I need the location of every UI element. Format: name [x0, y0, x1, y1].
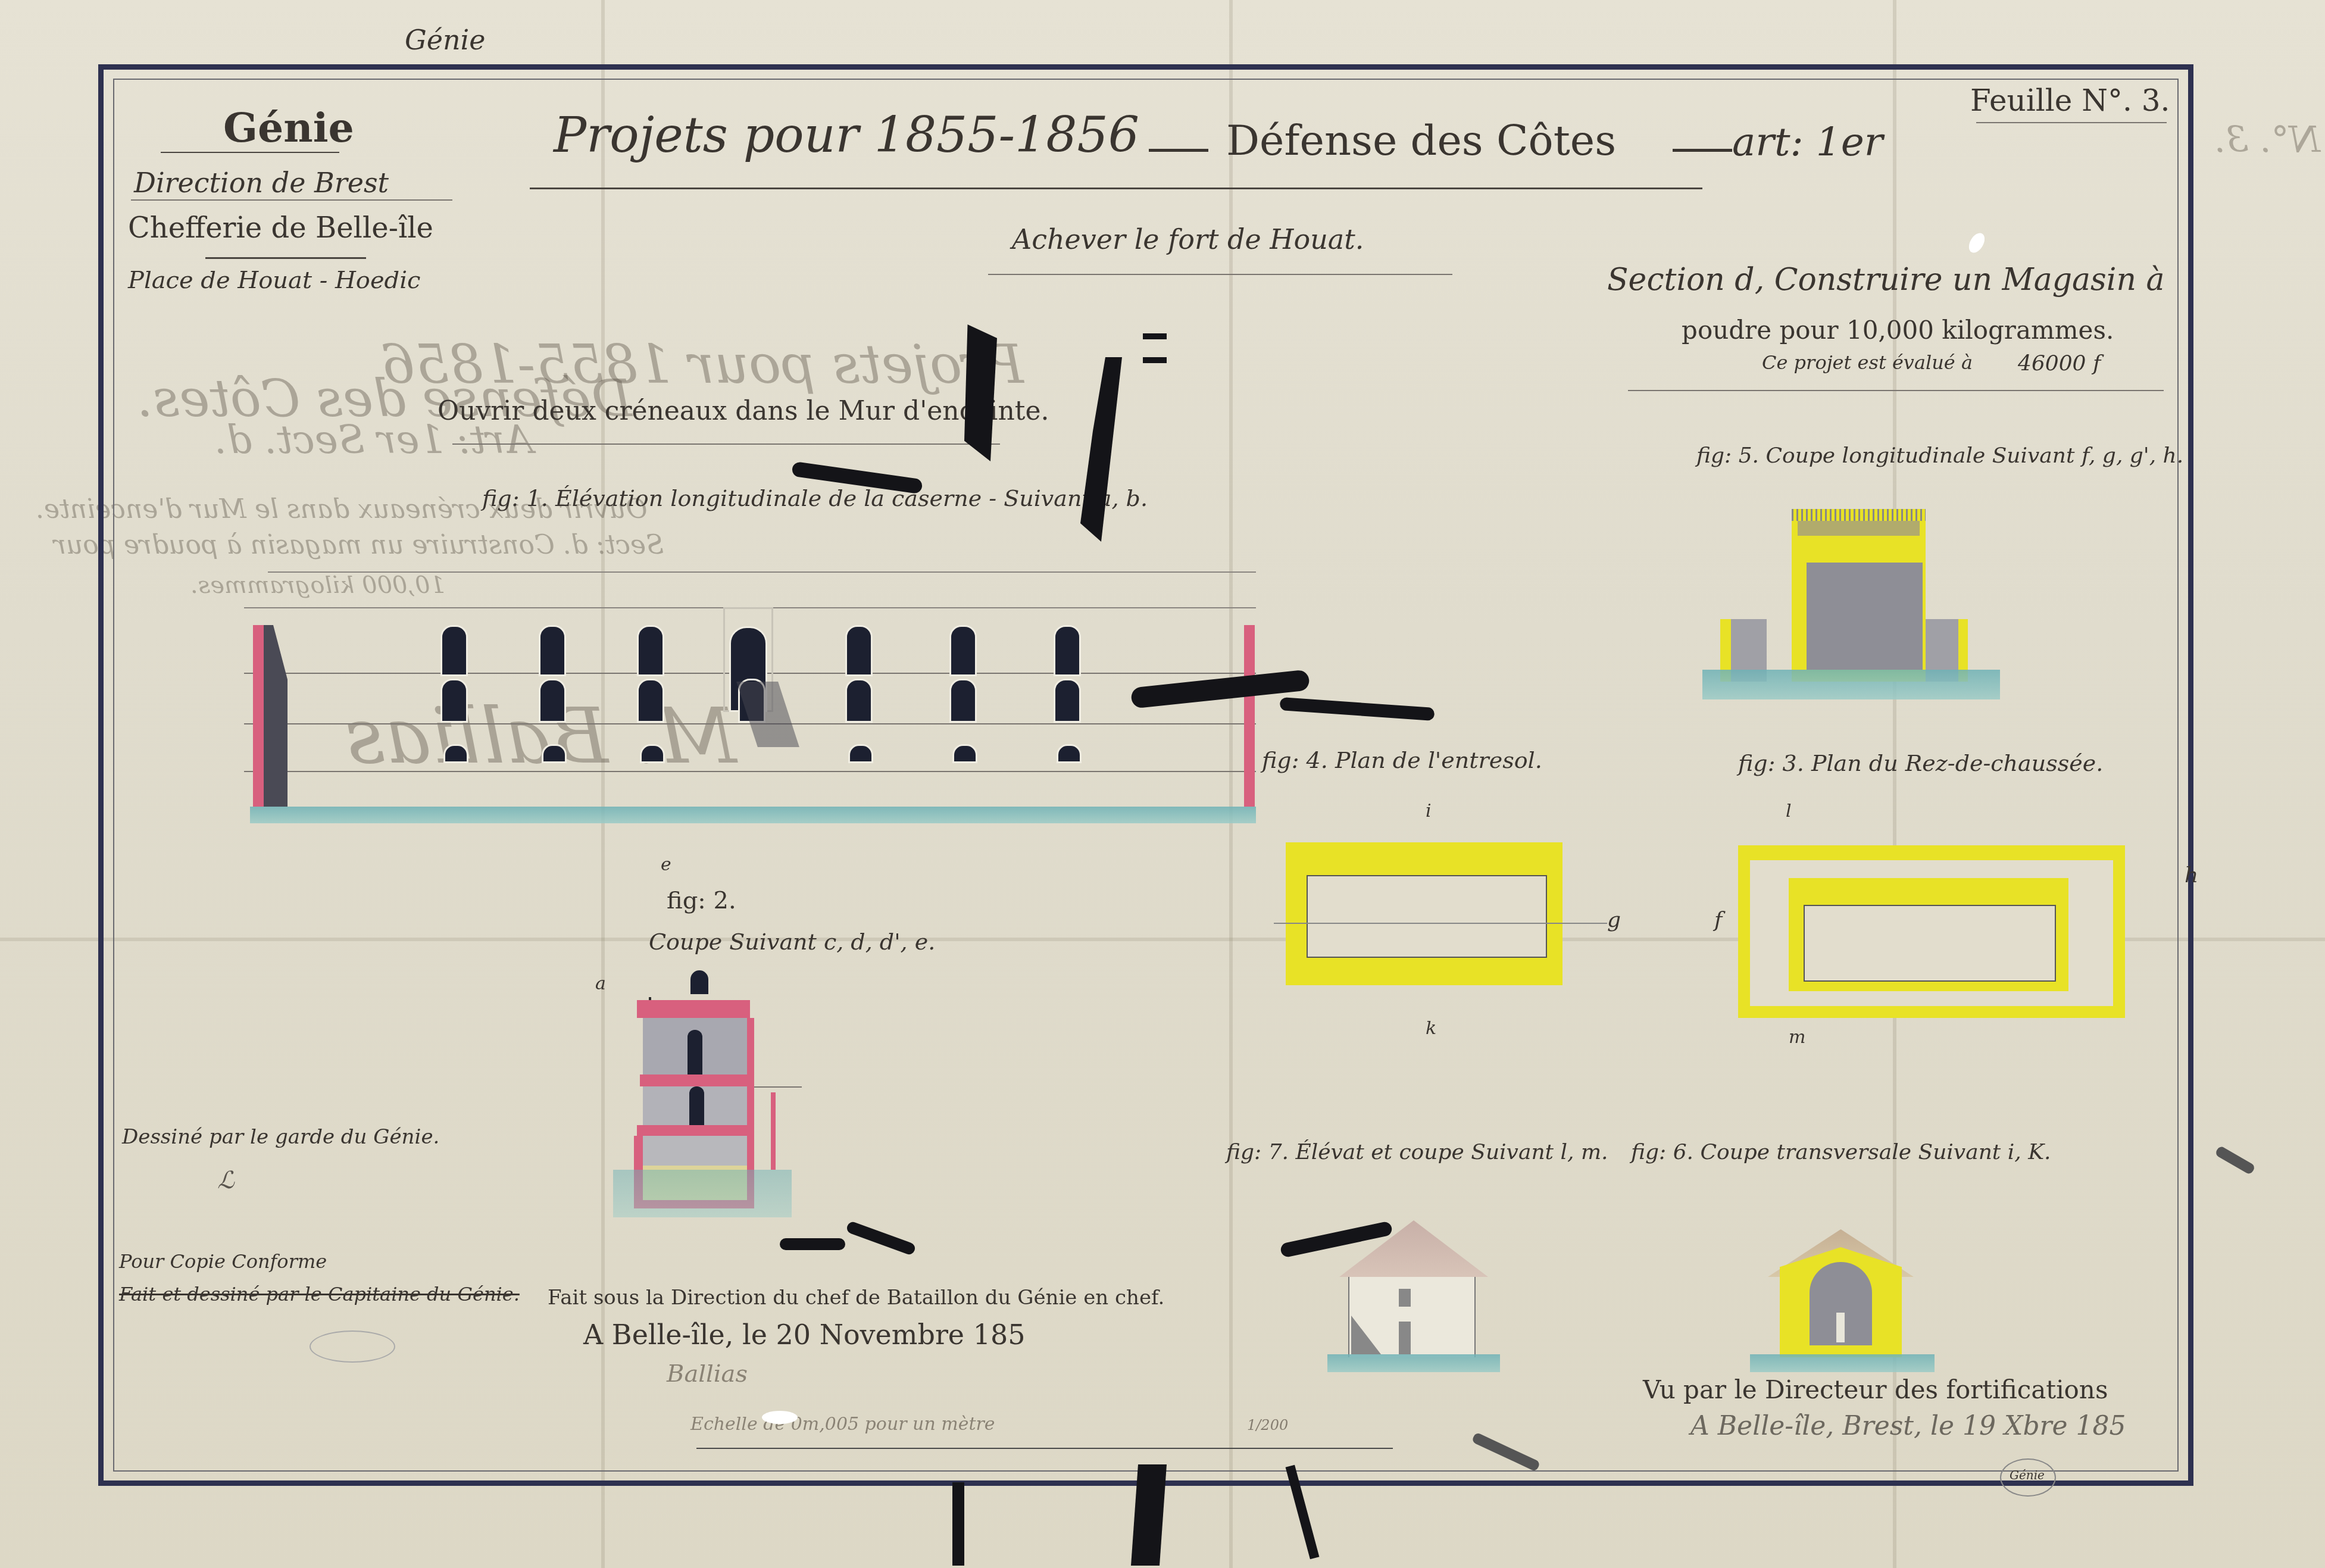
letter-f: f	[1714, 908, 1722, 932]
fig6-section-drawing	[1744, 1229, 1940, 1372]
section-d-line2: poudre pour 10,000 kilogrammes.	[1682, 316, 2114, 345]
divider	[452, 443, 1000, 445]
letter-h: h	[2185, 863, 2198, 888]
fig2-caption: Coupe Suivant c, d, d', e.	[649, 929, 935, 955]
end-wall-right	[1244, 625, 1255, 807]
ink-damage-blot	[1143, 357, 1167, 363]
garde-signature: ℒ	[217, 1167, 235, 1194]
window	[539, 625, 566, 676]
title-article: art: 1er	[1732, 119, 1883, 165]
sheet-number: Feuille N°. 3.	[1970, 83, 2170, 118]
window	[539, 679, 566, 723]
end-wall-left	[253, 625, 264, 807]
capitaine-stamp	[310, 1330, 395, 1363]
window	[440, 625, 468, 676]
dash	[1673, 149, 1732, 152]
glare-spot	[762, 1411, 798, 1424]
window	[1054, 625, 1081, 676]
stamp-text: Génie	[2010, 1468, 2045, 1482]
vent	[443, 744, 468, 763]
end-wall-shadow	[264, 625, 287, 807]
divider	[988, 274, 1452, 275]
ouvrir-heading: Ouvrir deux créneaux dans le Mur d'encei…	[437, 396, 1049, 426]
direction-note: Fait sous la Direction du chef de Batail…	[548, 1286, 1164, 1310]
floor-line	[244, 771, 1256, 772]
vu-par-note: Vu par le Directeur des fortifications	[1643, 1375, 2108, 1404]
fig5-section-drawing	[1685, 509, 2042, 699]
capitaine-note: Fait et dessiné par le Capitaine du Géni…	[119, 1283, 520, 1305]
chef-signature: Ballias	[667, 1360, 748, 1388]
title-defense: Défense des Côtes	[1226, 116, 1616, 165]
ink-damage-crack	[2214, 1145, 2256, 1176]
direction-label: Direction de Brest	[134, 167, 389, 199]
letter-i: i	[1426, 801, 1432, 822]
dash	[1149, 149, 1208, 152]
vent	[848, 744, 873, 763]
window	[949, 679, 977, 723]
fig2-section-drawing	[613, 964, 1030, 1244]
cornice-line	[268, 571, 1256, 573]
title-underline	[530, 188, 1702, 189]
roof-battens	[1792, 509, 1926, 521]
place-date: A Belle-île, le 20 Novembre 185	[583, 1319, 1026, 1351]
section-line	[1274, 923, 1607, 924]
scale-ratio: 1/200	[1247, 1417, 1288, 1433]
upper-door	[687, 1030, 702, 1075]
water-wash	[1702, 670, 2000, 699]
ink-damage-crack	[952, 1482, 964, 1566]
vent	[952, 744, 977, 763]
director-stamp: Génie	[2000, 1458, 2056, 1497]
water-wash	[613, 1170, 792, 1217]
fig3-caption: fig: 3. Plan du Rez-de-chaussée.	[1738, 750, 2103, 776]
terrace-line	[754, 1086, 802, 1088]
section-d-line1: Section d, Construire un Magasin à	[1607, 262, 2164, 298]
title-projects: Projets pour 1855-1856	[554, 107, 1139, 164]
achever-heading: Achever le fort de Houat.	[1012, 223, 1364, 255]
dessine-note: Dessiné par le garde du Génie.	[122, 1125, 439, 1149]
ink-damage-crack	[780, 1238, 845, 1250]
window	[637, 625, 664, 676]
fig3-plan-drawing	[1738, 845, 2125, 1018]
water-wash	[250, 807, 1256, 823]
fig1-elevation-drawing	[244, 571, 1256, 822]
vent	[640, 744, 665, 763]
scale-label: Echelle de 0m,005 pour un mètre	[690, 1414, 995, 1435]
water-wash	[1750, 1354, 1935, 1372]
scale-bar	[696, 1448, 1393, 1449]
fig7-caption: fig: 7. Élévat et coupe Suivant l, m.	[1226, 1140, 1608, 1164]
window	[1399, 1289, 1411, 1307]
door	[1836, 1313, 1845, 1342]
window	[949, 625, 977, 676]
letter-g: g	[1607, 908, 1621, 932]
vent	[1057, 744, 1082, 763]
letter-e: e	[661, 854, 671, 875]
fig5-caption: fig: 5. Coupe longitudinale Suivant f, g…	[1696, 443, 2183, 468]
floor-slab	[637, 1125, 753, 1136]
divider	[1976, 122, 2167, 123]
roof-door	[690, 970, 708, 994]
interior-room	[1307, 875, 1547, 958]
window	[845, 625, 873, 676]
window	[845, 679, 873, 723]
chefferie-label: Chefferie de Belle-île	[128, 211, 433, 245]
lower-room	[643, 1136, 747, 1166]
window	[637, 679, 664, 723]
fig2-number: fig: 2.	[667, 887, 736, 914]
estimate-value: 46000 f	[2018, 351, 2101, 376]
drawing-sheet: Projets pour 1855-1856 Défense des Côtes…	[0, 0, 2325, 1568]
window	[1054, 679, 1081, 723]
roof-tiles	[1798, 521, 1920, 536]
copie-note: Pour Copie Conforme	[119, 1250, 327, 1273]
divider	[161, 152, 339, 153]
bleedthrough-feuille: Feuille N°. 3.	[2214, 119, 2325, 161]
letter-k: k	[1426, 1018, 1436, 1039]
fig6-caption: fig: 6. Coupe transversale Suivant i, K.	[1631, 1140, 2051, 1164]
place-label: Place de Houat - Hoedic	[128, 267, 420, 294]
estimate-label: Ce projet est évalué à	[1762, 351, 1973, 374]
fig1-caption: fig: 1. Élévation longitudinale de la ca…	[482, 485, 1148, 511]
fig4-plan-drawing	[1286, 842, 1562, 985]
margin-genie-label: Génie	[405, 24, 486, 56]
terrace-post	[771, 1092, 776, 1170]
ink-damage-blot	[1143, 333, 1167, 339]
letter-a: a	[595, 973, 606, 994]
powder-room	[1804, 905, 2056, 982]
divider	[205, 257, 366, 259]
window	[440, 679, 468, 723]
vent	[542, 744, 567, 763]
divider	[131, 199, 452, 201]
fig4-caption: fig: 4. Plan de l'entresol.	[1262, 747, 1542, 773]
door	[1399, 1322, 1411, 1354]
middle-door	[689, 1086, 704, 1125]
letter-m: m	[1789, 1027, 1805, 1048]
corps-title: Génie	[223, 104, 354, 152]
roof-slab	[637, 1000, 750, 1018]
brest-date: A Belle-île, Brest, le 19 Xbre 185	[1690, 1411, 2126, 1441]
divider	[1628, 390, 2164, 391]
letter-l: l	[1786, 801, 1792, 822]
floor-slab	[640, 1075, 753, 1086]
water-wash	[1327, 1354, 1500, 1372]
vault-interior	[1807, 563, 1923, 670]
